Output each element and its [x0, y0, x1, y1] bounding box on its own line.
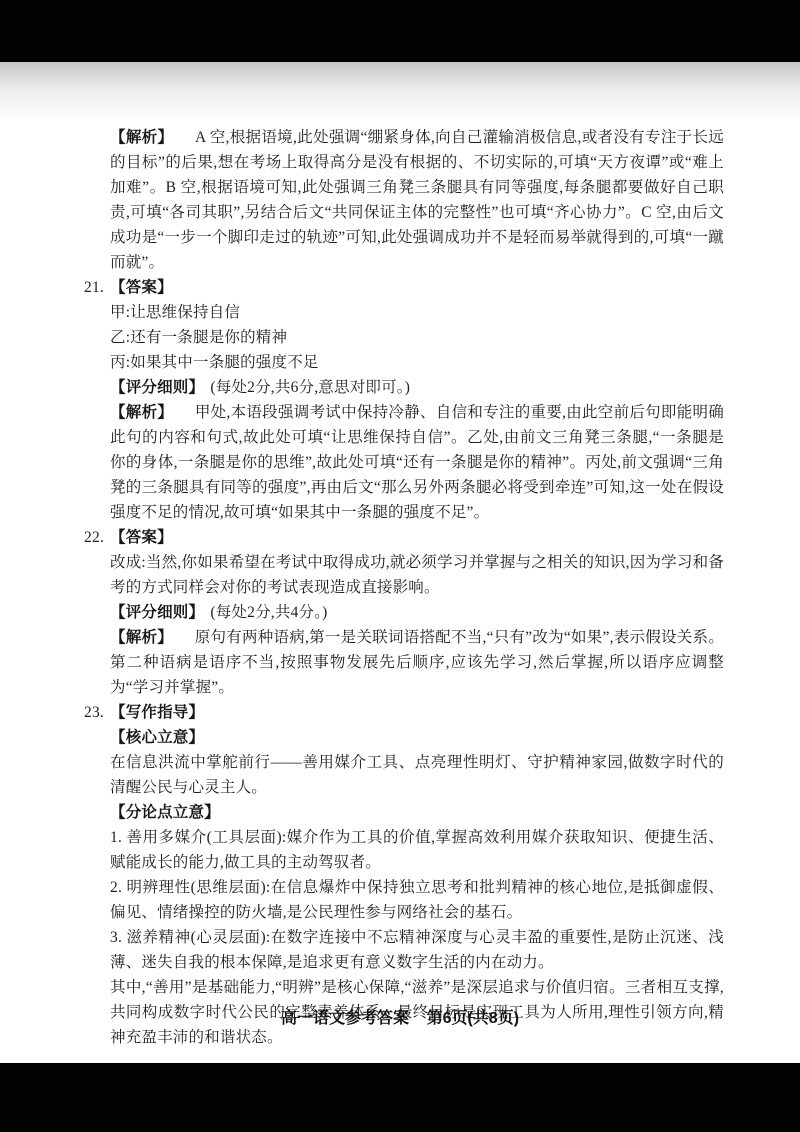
sub-point-3: 3. 滋养精神(心灵层面):在数字连接中不忘精神深度与心灵丰盈的重要性,是防止沉… — [110, 925, 724, 975]
line-text: 甲:让思维保持自信 — [110, 304, 240, 321]
footer-page-number: 第6页(共8页) — [427, 1010, 519, 1027]
top-black-band — [0, 0, 800, 62]
analysis-tag: 【解析】 — [110, 404, 173, 421]
footer-title: 高一语文参考答案 — [281, 1010, 409, 1027]
core-idea-tag: 【核心立意】 — [110, 729, 204, 746]
core-idea-heading: 【核心立意】 — [110, 725, 724, 750]
writing-guide-tag: 【写作指导】 — [110, 704, 204, 721]
paragraph-text: 原句有两种语病,第一是关联词语搭配不当,“只有”改为“如果”,表示假设关系。第二… — [110, 629, 724, 696]
question-number: 23. — [84, 700, 110, 725]
answer-tag: 【答案】 — [110, 279, 173, 296]
analysis-tag: 【解析】 — [110, 129, 173, 146]
question-22-heading: 22.【答案】 — [110, 525, 724, 550]
scoring-rule-tag: 【评分细则】 — [110, 604, 204, 621]
paragraph-text: 甲处,本语段强调考试中保持冷静、自信和专注的重要,由此空前后句即能明确此句的内容… — [110, 404, 724, 521]
answer-line-yi: 乙:还有一条腿是你的精神 — [110, 325, 724, 350]
question-21-heading: 21.【答案】 — [110, 275, 724, 300]
scoring-rule-q21: 【评分细则】(每处2分,共6分,意思对即可。) — [110, 375, 724, 400]
core-idea-text: 在信息洪流中掌舵前行——善用媒介工具、点亮理性明灯、守护精神家园,做数字时代的清… — [110, 750, 724, 800]
answer-line-bing: 丙:如果其中一条腿的强度不足 — [110, 350, 724, 375]
analysis-paragraph-q22: 【解析】原句有两种语病,第一是关联词语搭配不当,“只有”改为“如果”,表示假设关… — [110, 625, 724, 700]
line-text: 丙:如果其中一条腿的强度不足 — [110, 354, 319, 371]
answer-line-jia: 甲:让思维保持自信 — [110, 300, 724, 325]
sub-point-1: 1. 善用多媒介(工具层面):媒介作为工具的价值,掌握高效利用媒介获取知识、便捷… — [110, 825, 724, 875]
sub-point-2: 2. 明辨理性(思维层面):在信息爆炸中保持独立思考和批判精神的核心地位,是抵御… — [110, 875, 724, 925]
scanned-answer-sheet: 【解析】A 空,根据语境,此处强调“绷紧身体,向自己灌输消极信息,或者没有专注于… — [0, 0, 800, 1132]
scan-shadow-gradient — [0, 62, 800, 120]
scoring-rule-q22: 【评分细则】(每处2分,共4分。) — [110, 600, 724, 625]
analysis-paragraph-q21: 【解析】甲处,本语段强调考试中保持冷静、自信和专注的重要,由此空前后句即能明确此… — [110, 400, 724, 525]
answer-sheet-page: 【解析】A 空,根据语境,此处强调“绷紧身体,向自己灌输消极信息,或者没有专注于… — [0, 62, 800, 1063]
question-23-heading: 23.【写作指导】 — [110, 700, 724, 725]
question-number: 22. — [84, 525, 110, 550]
scoring-rule-tag: 【评分细则】 — [110, 379, 204, 396]
analysis-paragraph-q20: 【解析】A 空,根据语境,此处强调“绷紧身体,向自己灌输消极信息,或者没有专注于… — [110, 125, 724, 275]
paragraph-text: (每处2分,共6分,意思对即可。) — [210, 379, 410, 396]
line-text: 乙:还有一条腿是你的精神 — [110, 329, 287, 346]
analysis-tag: 【解析】 — [110, 629, 173, 646]
question-number: 21. — [84, 275, 110, 300]
paragraph-text: (每处2分,共4分。) — [210, 604, 327, 621]
sub-points-tag: 【分论点立意】 — [110, 804, 220, 821]
answer-tag: 【答案】 — [110, 529, 173, 546]
sub-points-heading: 【分论点立意】 — [110, 800, 724, 825]
answer-line-q22: 改成:当然,你如果希望在考试中取得成功,就必须学习并掌握与之相关的知识,因为学习… — [110, 550, 724, 600]
line-text: 2. 明辨理性(思维层面):在信息爆炸中保持独立思考和批判精神的核心地位,是抵御… — [110, 879, 724, 921]
bottom-black-band — [0, 1063, 800, 1132]
line-text: 改成:当然,你如果希望在考试中取得成功,就必须学习并掌握与之相关的知识,因为学习… — [110, 554, 724, 596]
line-text: 1. 善用多媒介(工具层面):媒介作为工具的价值,掌握高效利用媒介获取知识、便捷… — [110, 829, 724, 871]
page-footer: 高一语文参考答案第6页(共8页) — [0, 1005, 800, 1028]
paragraph-text: A 空,根据语境,此处强调“绷紧身体,向自己灌输消极信息,或者没有专注于长远的目… — [110, 129, 724, 271]
line-text: 在信息洪流中掌舵前行——善用媒介工具、点亮理性明灯、守护精神家园,做数字时代的清… — [110, 754, 724, 796]
line-text: 3. 滋养精神(心灵层面):在数字连接中不忘精神深度与心灵丰盈的重要性,是防止沉… — [110, 929, 724, 971]
answer-content: 【解析】A 空,根据语境,此处强调“绷紧身体,向自己灌输消极信息,或者没有专注于… — [0, 125, 800, 1050]
